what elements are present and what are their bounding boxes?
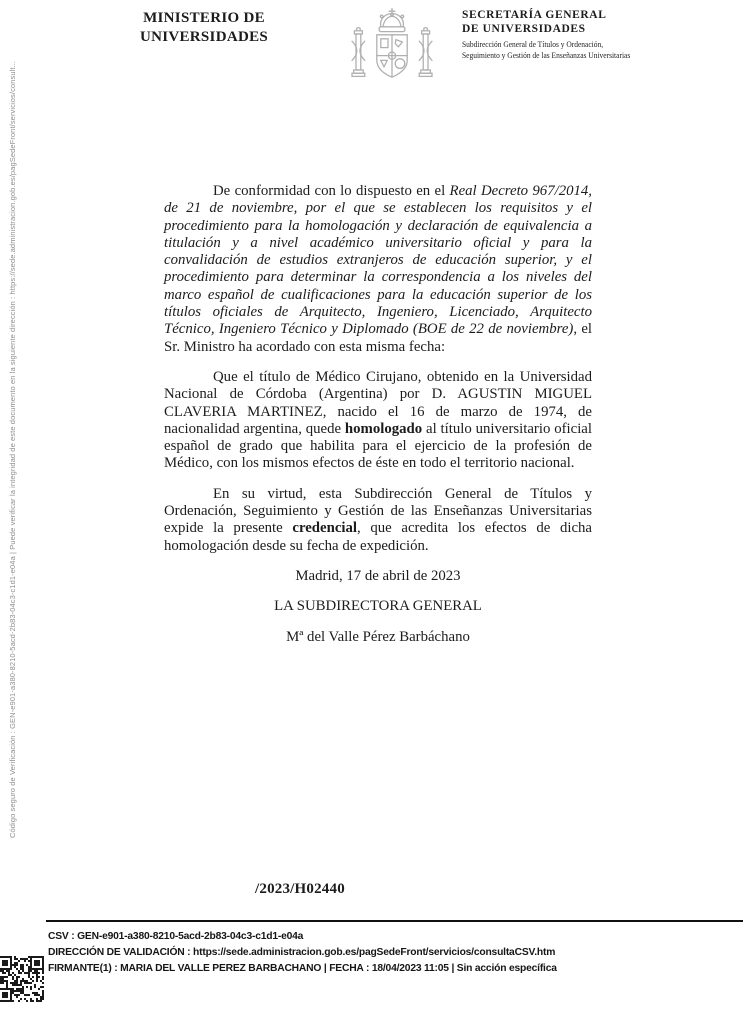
- decree-title-italic: Real Decreto 967/2014, de 21 de noviembr…: [164, 183, 592, 337]
- reference-number: /2023/H02440: [255, 881, 345, 898]
- document-page: Código seguro de Verificación : GEN-e901…: [0, 0, 755, 1011]
- secretariat-title-line1: SECRETARÍA GENERAL: [462, 8, 732, 22]
- signer-name: Mª del Valle Pérez Barbáchano: [164, 629, 592, 646]
- validation-url-line: DIRECCIÓN DE VALIDACIÓN : https://sede.a…: [48, 945, 557, 961]
- paragraph-legal-basis: De conformidad con lo dispuesto en el Re…: [164, 183, 592, 356]
- paragraph-resolution: Que el título de Médico Cirujano, obteni…: [164, 369, 592, 473]
- subdirectorate-block: Subdirección General de Títulos y Ordena…: [462, 39, 700, 60]
- secretariat-title-line2: DE UNIVERSIDADES: [462, 22, 732, 36]
- document-body: De conformidad con lo dispuesto en el Re…: [164, 183, 592, 646]
- verification-sidebar-text: Código seguro de Verificación : GEN-e901…: [8, 10, 17, 838]
- subdirectorate-line1: Subdirección General de Títulos y Ordena…: [462, 39, 700, 50]
- signer-line: FIRMANTE(1) : MARIA DEL VALLE PEREZ BARB…: [48, 961, 557, 977]
- subdirectorate-line2: Seguimiento y Gestión de las Enseñanzas …: [462, 50, 700, 61]
- signer-title: LA SUBDIRECTORA GENERAL: [164, 598, 592, 615]
- date-line: Madrid, 17 de abril de 2023: [164, 568, 592, 585]
- qr-code-icon: [0, 956, 44, 1002]
- footer-divider: [46, 920, 743, 922]
- csv-line: CSV : GEN-e901-a380-8210-5acd-2b83-04c3-…: [48, 929, 557, 945]
- homologado-bold: homologado: [345, 421, 422, 437]
- secretariat-block: SECRETARÍA GENERAL DE UNIVERSIDADES Subd…: [462, 8, 732, 60]
- footer-verification-block: CSV : GEN-e901-a380-8210-5acd-2b83-04c3-…: [48, 929, 557, 978]
- ministry-title: MINISTERIO DE UNIVERSIDADES: [138, 9, 270, 47]
- paragraph-credential: En su virtud, esta Subdirección General …: [164, 486, 592, 555]
- credencial-bold: credencial: [292, 520, 357, 536]
- paragraph-text: De conformidad con lo dispuesto en el: [213, 183, 450, 199]
- spain-coat-of-arms-icon: [344, 6, 440, 90]
